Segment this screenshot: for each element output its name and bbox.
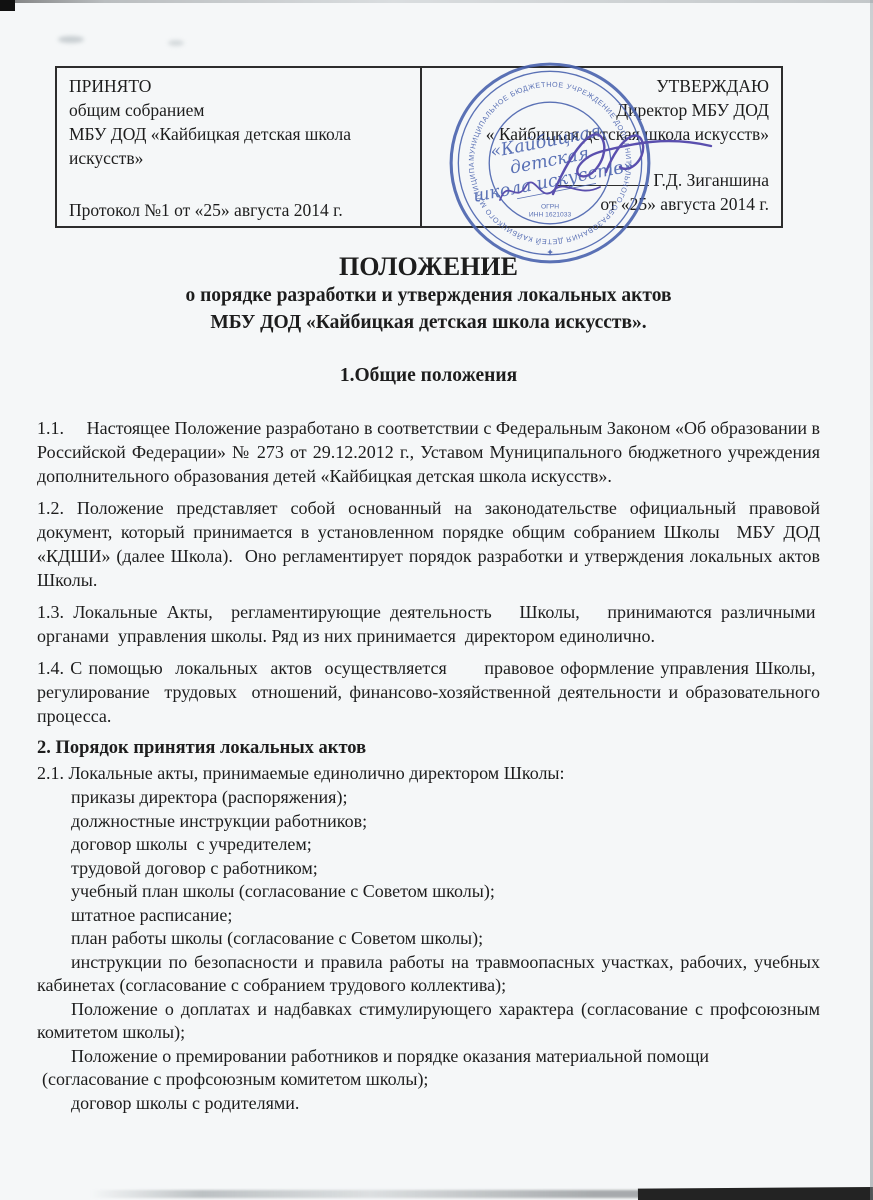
- approved-title: УТВЕРЖДАЮ: [430, 74, 769, 98]
- list-item: Положение о доплатах и надбавках стимули…: [37, 998, 820, 1045]
- scan-corner-artifact: [0, 0, 15, 11]
- paragraph-1-1: 1.1. Настоящее Положение разработано в с…: [37, 416, 820, 488]
- document-body: ПОЛОЖЕНИЕ о порядке разработки и утвержд…: [37, 252, 820, 1115]
- document-subtitle: МБУ ДОД «Кайбицкая детская школа искусст…: [37, 309, 820, 336]
- accepted-line: искусств»: [69, 146, 410, 170]
- list-item: приказы директора (распоряжения);: [37, 786, 820, 810]
- paragraph-1-4: 1.4. С помощью локальных актов осуществл…: [37, 656, 820, 728]
- signature-row: Г.Д. Зиганшина: [430, 168, 769, 192]
- list-item: Положение о премировании работников и по…: [37, 1045, 820, 1069]
- list-item: (согласование с профсоюзным комитетом шк…: [37, 1068, 820, 1092]
- paragraph-1-2: 1.2. Положение представляет собой основа…: [37, 496, 820, 592]
- scan-smudge: [168, 40, 184, 46]
- paragraph-2-1: 2.1. Локальные акты, принимаемые единоли…: [37, 761, 820, 785]
- section1-heading: 1.Общие положения: [37, 363, 820, 389]
- list-item: учебный план школы (согласование с Совет…: [37, 880, 820, 904]
- list-item: план работы школы (согласование с Совето…: [37, 927, 820, 951]
- accepted-line: МБУ ДОД «Кайбицкая детская школа: [69, 122, 410, 146]
- protocol-line: Протокол №1 от «25» августа 2014 г.: [69, 198, 343, 222]
- document-subtitle: о порядке разработки и утверждения локал…: [37, 282, 820, 309]
- accepted-title: ПРИНЯТО: [69, 74, 410, 98]
- approval-header-table: ПРИНЯТО общим собранием МБУ ДОД «Кайбицк…: [55, 66, 783, 228]
- approval-date-line: от «25» августа 2014 г.: [430, 192, 769, 216]
- list-item: трудовой договор с работником;: [37, 857, 820, 881]
- document-title: ПОЛОЖЕНИЕ: [37, 252, 820, 282]
- paragraph-1-3: 1.3. Локальные Акты, регламентирующие де…: [37, 600, 820, 648]
- list-item: инструкции по безопасности и правила раб…: [37, 951, 820, 998]
- scan-top-edge-artifact: [0, 0, 873, 3]
- approved-line: « Кайбицкая детская школа искусств»: [430, 122, 769, 146]
- section2-heading: 2. Порядок принятия локальных актов: [37, 736, 820, 760]
- accepted-line: общим собранием: [69, 98, 410, 122]
- scan-bottom-edge-artifact: [638, 1187, 873, 1200]
- approved-line: Директор МБУ ДОД: [430, 98, 769, 122]
- list-item: штатное расписание;: [37, 904, 820, 928]
- list-item: договор школы с учредителем;: [37, 833, 820, 857]
- accepted-cell: ПРИНЯТО общим собранием МБУ ДОД «Кайбицк…: [57, 68, 422, 226]
- scan-bottom-smudge: [90, 1190, 650, 1198]
- scanned-document-page: ПРИНЯТО общим собранием МБУ ДОД «Кайбицк…: [0, 0, 873, 1200]
- scan-smudge: [58, 36, 84, 43]
- signature-underline: [557, 171, 649, 186]
- approved-cell: УТВЕРЖДАЮ Директор МБУ ДОД « Кайбицкая д…: [422, 68, 781, 226]
- list-item: должностные инструкции работников;: [37, 810, 820, 834]
- list-item: договор школы с родителями.: [37, 1092, 820, 1116]
- signer-name: Г.Д. Зиганшина: [653, 170, 769, 190]
